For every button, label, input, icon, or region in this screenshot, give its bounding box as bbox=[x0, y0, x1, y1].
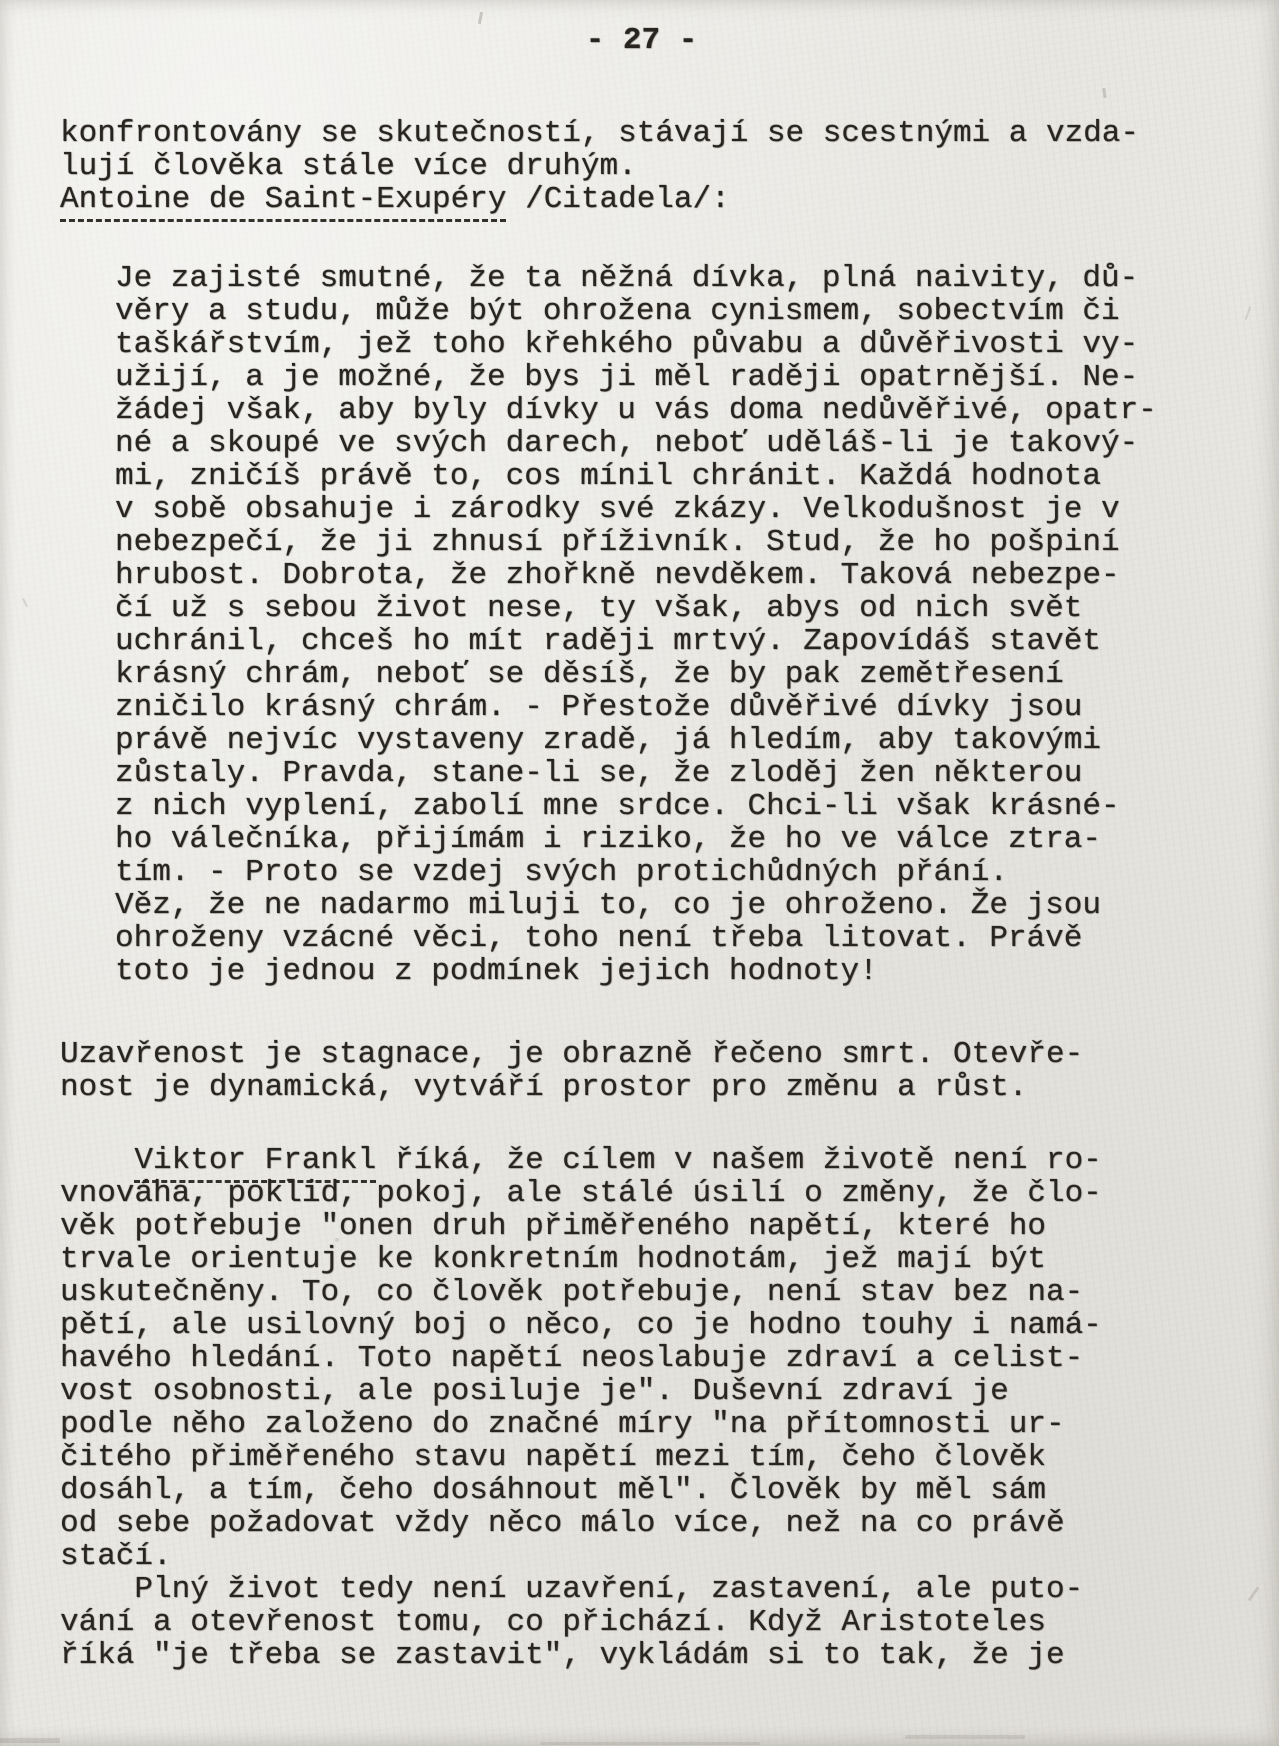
text-line: vání a otevřenost tomu, co přichází. Kdy… bbox=[60, 1606, 1223, 1639]
text-line: čitého přiměřeného stavu napětí mezi tím… bbox=[60, 1441, 1223, 1474]
paper-speck bbox=[540, 1742, 760, 1745]
frankl-first-line: Viktor Frankl říká, že cílem v našem živ… bbox=[60, 1144, 1223, 1177]
text-line: pětí, ale usilovný boj o něco, co je hod… bbox=[60, 1309, 1223, 1342]
text-line: věry a studu, může být ohrožena cynismem… bbox=[115, 295, 1223, 328]
text-line: věk potřebuje "onen druh přiměřeného nap… bbox=[60, 1210, 1223, 1243]
text-fragment: říká, že cílem v našem životě není ro- bbox=[376, 1143, 1102, 1178]
text-line: od sebe požadovat vždy něco málo více, n… bbox=[60, 1507, 1223, 1540]
text-line: nost je dynamická, vytváří prostor pro z… bbox=[60, 1071, 1223, 1104]
frankl-continuation: vnováha, poklid, pokoj, ale stálé úsilí … bbox=[60, 1177, 1223, 1573]
text-line: tím. - Proto se vzdej svých protichůdnýc… bbox=[115, 856, 1223, 889]
frankl-paragraph: Viktor Frankl říká, že cílem v našem živ… bbox=[60, 1144, 1223, 1573]
text-line: ohroženy vzácné věci, toho není třeba li… bbox=[115, 922, 1223, 955]
paper-speck bbox=[1102, 88, 1106, 98]
text-line: havého hledání. Toto napětí neoslabuje z… bbox=[60, 1342, 1223, 1375]
citation-heading: Antoine de Saint-Exupéry /Citadela/: bbox=[60, 183, 1223, 216]
final-paragraph: Plný život tedy není uzavření, zastavení… bbox=[60, 1573, 1223, 1672]
closing-paragraph: Uzavřenost je stagnace, je obrazně řečen… bbox=[60, 1038, 1223, 1104]
text-line: krásný chrám, neboť se děsíš, že by pak … bbox=[115, 658, 1223, 691]
text-line: hrubost. Dobrota, že zhořkně nevděkem. T… bbox=[115, 559, 1223, 592]
text-line: taškářstvím, jež toho křehkého půvabu a … bbox=[115, 328, 1223, 361]
author-name-underlined: Antoine de Saint-Exupéry bbox=[60, 182, 506, 222]
text-line: toto je jednou z podmínek jejich hodnoty… bbox=[115, 955, 1223, 988]
text-line: Uzavřenost je stagnace, je obrazně řečen… bbox=[60, 1038, 1223, 1071]
paper-speck bbox=[22, 598, 28, 607]
text-line: říká "je třeba se zastavit", vykládám si… bbox=[60, 1639, 1223, 1672]
text-line: vost osobnosti, ale posiluje je". Duševn… bbox=[60, 1375, 1223, 1408]
text-line: čí už s sebou život nese, ty však, abys … bbox=[115, 592, 1223, 625]
text-line: právě nejvíc vystaveny zradě, já hledím,… bbox=[115, 724, 1223, 757]
paper-speck bbox=[1248, 1587, 1260, 1602]
text-line: z nich vyplení, zabolí mne srdce. Chci-l… bbox=[115, 790, 1223, 823]
text-line: Věz, že ne nadarmo miluji to, co je ohro… bbox=[115, 889, 1223, 922]
page-number: - 27 - bbox=[60, 24, 1223, 57]
citadela-quote-block: Je zajisté smutné, že ta něžná dívka, pl… bbox=[115, 262, 1223, 988]
paper-speck bbox=[0, 1738, 60, 1743]
text-line: trvale orientuje ke konkretním hodnotám,… bbox=[60, 1243, 1223, 1276]
text-line: Plný život tedy není uzavření, zastavení… bbox=[60, 1573, 1223, 1606]
text-line: nebezpečí, že ji zhnusí příživník. Stud,… bbox=[115, 526, 1223, 559]
text-line: dosáhl, a tím, čeho dosáhnout měl". Člov… bbox=[60, 1474, 1223, 1507]
text-line: uchránil, chceš ho mít raději mrtvý. Zap… bbox=[115, 625, 1223, 658]
paper-speck bbox=[905, 1735, 1025, 1739]
paper-speck bbox=[478, 12, 483, 24]
text-line: Je zajisté smutné, že ta něžná dívka, pl… bbox=[115, 262, 1223, 295]
text-line: uskutečněny. To, co člověk potřebuje, ne… bbox=[60, 1276, 1223, 1309]
paper-speck bbox=[1245, 306, 1252, 320]
text-line: mi, zničíš právě to, cos mínil chránit. … bbox=[115, 460, 1223, 493]
text-line: stačí. bbox=[60, 1540, 1223, 1573]
text-line: zůstaly. Pravda, stane-li se, že zloděj … bbox=[115, 757, 1223, 790]
text-line: konfrontovány se skutečností, stávají se… bbox=[60, 117, 1223, 150]
text-line: ho válečníka, přijímám i riziko, že ho v… bbox=[115, 823, 1223, 856]
text-line: podle něho založeno do značné míry "na p… bbox=[60, 1408, 1223, 1441]
intro-paragraph: konfrontovány se skutečností, stávají se… bbox=[60, 117, 1223, 216]
first-line-indent bbox=[60, 1143, 134, 1178]
text-line: né a skoupé ve svých darech, neboť udělá… bbox=[115, 427, 1223, 460]
text-line: zničilo krásný chrám. - Přestože důvěřiv… bbox=[115, 691, 1223, 724]
text-line: v sobě obsahuje i zárodky své zkázy. Vel… bbox=[115, 493, 1223, 526]
citation-source: /Citadela/: bbox=[506, 182, 729, 217]
intro-lines: konfrontovány se skutečností, stávají se… bbox=[60, 117, 1223, 183]
text-line: vnováha, poklid, pokoj, ale stálé úsilí … bbox=[60, 1177, 1223, 1210]
text-line: lují člověka stále více druhým. bbox=[60, 150, 1223, 183]
text-line: užijí, a je možné, že bys ji měl raději … bbox=[115, 361, 1223, 394]
text-line: žádej však, aby byly dívky u vás doma ne… bbox=[115, 394, 1223, 427]
document-page: - 27 - konfrontovány se skutečností, stá… bbox=[0, 0, 1279, 1746]
